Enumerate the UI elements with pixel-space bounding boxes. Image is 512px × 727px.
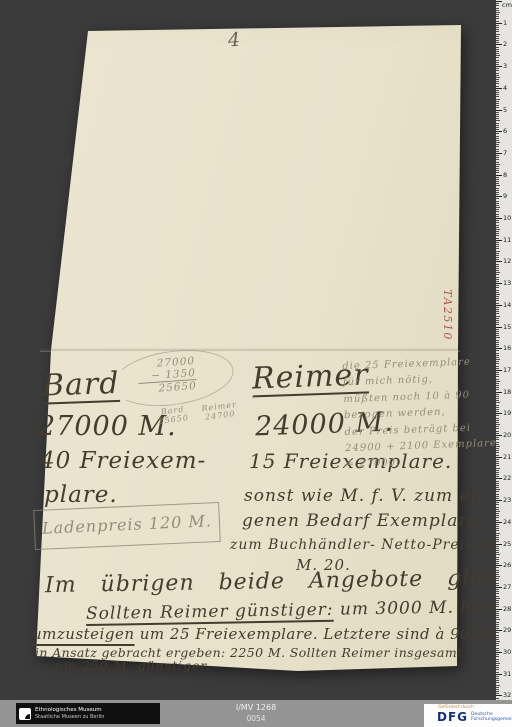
ruler-tick [496,557,499,558]
ruler-tick [496,485,499,486]
ruler-tick [496,428,499,429]
ruler-tick [496,133,499,134]
ruler-tick [496,645,499,646]
ruler-number: 25 [503,540,511,548]
ruler-tick [496,62,499,63]
ruler-tick [496,550,499,551]
handwriting-paragraph-line3: umzusteigen um 25 Freiexemplare. Letzter… [32,626,497,643]
ruler-number: 1 [503,19,507,27]
ruler-tick [496,379,499,380]
ruler-tick [496,615,499,616]
ruler-number: 11 [503,236,511,244]
ruler-tick [496,229,500,230]
ruler-tick [496,363,499,364]
ruler-tick [496,127,499,128]
ruler-tick [496,346,499,347]
ruler-number: 6 [503,127,507,135]
ruler-tick [496,242,499,243]
ruler-tick [496,394,499,395]
ruler-tick [496,238,499,239]
ruler-number: 13 [503,279,511,287]
ruler-tick [496,446,500,447]
ruler-tick [496,465,499,466]
ruler-tick [496,431,499,432]
ruler-tick [496,398,499,399]
ruler-tick [496,650,499,651]
ruler-tick [496,192,499,193]
ruler-tick [496,674,502,675]
ruler-tick [496,641,500,642]
ruler-tick [496,322,499,323]
ruler-tick [496,296,499,297]
ruler-tick [496,183,499,184]
ruler-tick [496,389,499,390]
ruler-tick [496,53,499,54]
ruler-tick [496,567,499,568]
ruler-tick [496,44,502,45]
ruler-tick [496,303,499,304]
ruler-tick [496,353,499,354]
ruler-tick [496,235,499,236]
ruler-tick [496,357,499,358]
ruler-tick [496,552,499,553]
ruler-tick [496,578,499,579]
ruler-tick [496,693,499,694]
ruler-tick [496,207,500,208]
ruler-tick [496,669,499,670]
ruler-tick [496,502,499,503]
ruler-tick [496,179,499,180]
ruler-tick [496,442,499,443]
ruler-tick [496,5,499,6]
ruler-tick [496,88,502,89]
ruler-tick [496,138,499,139]
ruler-tick [496,654,499,655]
ruler-tick [496,274,499,275]
ruler-tick [496,420,499,421]
ruler-tick [496,309,499,310]
handwriting-col1-line4: plare. [44,483,118,508]
ruler-number: 7 [503,149,507,157]
ruler-tick [496,307,499,308]
ruler-tick [496,385,499,386]
ruler-number: 12 [503,257,511,265]
ruler-tick [496,509,499,510]
ruler-tick [496,580,499,581]
ruler-tick [496,472,499,473]
ruler-tick [496,522,502,523]
ruler-tick [496,101,499,102]
ruler-tick [496,140,499,141]
ruler-tick [496,86,499,87]
ruler-tick [496,496,499,497]
ruler-tick [496,129,499,130]
ruler-tick [496,283,502,284]
ruler-tick [496,292,499,293]
ruler-tick [496,533,500,534]
ruler-tick [496,216,499,217]
ruler-tick [496,266,499,267]
ruler-tick [496,103,499,104]
ruler-tick [496,8,499,9]
ruler-tick [496,116,499,117]
ruler-tick [496,335,499,336]
ruler-tick [496,574,499,575]
ruler-tick [496,546,499,547]
ruler-tick [496,468,500,469]
ruler-tick [496,372,499,373]
ruler-tick [496,576,500,577]
ruler-tick [496,606,499,607]
ruler-tick [496,544,502,545]
ruler-tick [496,470,499,471]
ruler-tick [496,196,502,197]
ruler-tick [496,64,499,65]
ruler-tick [496,530,499,531]
ruler-tick [496,340,499,341]
ruler-tick [496,77,500,78]
handwriting-paragraph-line5: um 250 M. günstiger. [55,659,211,673]
ruler-number: 18 [503,388,511,396]
ruler-number: 32 [503,691,511,699]
ruler-tick [496,383,499,384]
ruler-tick [496,131,502,132]
ruler-tick [496,409,499,410]
ruler-tick [496,593,499,594]
ruler-tick [496,630,502,631]
ruler-tick [496,554,500,555]
dfg-name-line2: Forschungsgemeinschaft [471,717,512,722]
ruler-tick [496,424,500,425]
ruler-tick [496,146,499,147]
ruler-tick [496,613,499,614]
ruler-tick [496,659,499,660]
ruler-tick [496,166,499,167]
ruler-number: 22 [503,474,511,482]
ruler-tick [496,29,499,30]
ruler-tick [496,572,499,573]
ruler-number: 30 [503,648,511,656]
ruler-tick [496,68,499,69]
ruler-tick [496,455,499,456]
ruler-tick [496,437,499,438]
ruler-tick [496,685,500,686]
ruler-tick [496,415,499,416]
ruler-tick [496,31,499,32]
ruler-tick [496,270,499,271]
handwriting-col1-amount: 27000 M. [38,412,177,442]
ruler-tick [496,344,499,345]
ruler-tick [496,635,499,636]
ruler-tick [496,12,500,13]
ruler-tick [496,366,499,367]
ruler-tick [496,539,499,540]
ruler-tick [496,400,499,401]
ruler-tick [496,459,499,460]
handwriting-col2-line4: sonst wie M. f. V. zum ei- [244,487,484,506]
ruler-number: 27 [503,583,511,591]
ruler-tick [496,444,499,445]
ruler-tick [496,342,499,343]
ruler-tick [496,463,499,464]
ruler-number: 14 [503,301,511,309]
ruler-tick [496,498,499,499]
ruler-tick [496,18,499,19]
ruler-number: 20 [503,431,511,439]
ruler-tick [496,387,499,388]
ruler-tick [496,49,499,50]
ruler-tick [496,370,502,371]
ruler-tick [496,474,499,475]
ruler-tick [496,435,502,436]
ruler-tick [496,55,500,56]
ruler-tick [496,604,499,605]
ruler-tick [496,602,499,603]
ruler-tick [496,324,499,325]
ruler-tick [496,268,499,269]
document-scan-viewer: 4 Bard 27000 M. 40 Freiexem- plare. Reim… [0,0,512,727]
ruler-tick [496,376,499,377]
pencil-price-text: Ladenpreis 120 M. [34,503,219,547]
ruler-tick [496,27,499,28]
ruler-tick [496,162,499,163]
ruler-tick [496,279,499,280]
ruler-tick [496,598,500,599]
ruler-number: 15 [503,323,511,331]
ruler-tick [496,643,499,644]
ruler-tick [496,57,499,58]
handwriting-col2-line6: zum Buchhändler- Netto-Preis zu [230,538,497,553]
ruler-tick [496,698,499,699]
ruler-tick [496,559,499,560]
ruler-tick [496,311,499,312]
ruler-tick [496,517,499,518]
ruler-tick [496,257,499,258]
ruler-tick [496,500,502,501]
ruler-tick [496,248,499,249]
handwriting-rest: um 3000 M. herunter- [333,596,512,620]
pencil-calculation: 27000 − 1350 25650 [137,355,197,396]
ruler-tick [496,136,499,137]
ruler-tick [496,348,502,349]
ruler-tick [496,99,500,100]
ruler-tick [496,537,499,538]
ruler-tick [496,628,499,629]
ruler-tick [496,624,499,625]
ruler-tick [496,617,499,618]
ruler-tick [496,450,499,451]
ruler-tick [496,120,500,121]
ruler-tick [496,259,499,260]
ruler-tick [496,114,499,115]
ruler-tick [496,524,499,525]
ruler-tick [496,359,500,360]
ruler-tick [496,619,500,620]
ruler-tick [496,227,499,228]
ruler-tick [496,144,499,145]
handwriting-rest: um 25 Freiexemplare. Letztere sind à 90 … [135,625,497,643]
ruler-tick [496,51,499,52]
ruler-tick [496,513,499,514]
ruler-tick [496,142,500,143]
dfg-abbreviation: DFG [437,710,468,724]
ruler-tick [496,79,499,80]
ruler-tick [496,583,499,584]
ruler-tick [496,526,499,527]
ruler-number: 16 [503,344,511,352]
ruler-tick [496,504,499,505]
ruler-tick [496,667,499,668]
ruler-number: 17 [503,366,511,374]
ruler-tick [496,3,499,4]
ruler-tick [496,34,500,35]
ruler-number: 24 [503,518,511,526]
ruler-tick [496,548,499,549]
ruler-tick [496,329,499,330]
ruler-tick [496,591,499,592]
ruler-tick [496,281,499,282]
ruler-tick [496,494,499,495]
ruler-tick [496,695,502,696]
ruler-tick [496,596,499,597]
ruler-tick [496,422,499,423]
ruler-tick [496,433,499,434]
ruler-tick [496,23,502,24]
ruler-tick [496,361,499,362]
ruler-tick [496,687,499,688]
ruler-tick [496,261,502,262]
ruler-tick [496,300,499,301]
ruler-tick [496,333,499,334]
ruler-tick [496,318,499,319]
ruler-tick [496,368,499,369]
ruler-number: 4 [503,84,507,92]
ruler-tick [496,92,499,93]
ruler-tick [496,589,499,590]
ruler-tick [496,225,499,226]
ruler-tick [496,81,499,82]
ruler-tick [496,107,499,108]
ruler-tick [496,42,499,43]
handwriting-underlined: umzusteigen [32,625,135,643]
ruler-tick [496,10,499,11]
ruler-tick [496,678,499,679]
ruler-tick [496,476,499,477]
ruler-tick [496,272,500,273]
ruler-number: 28 [503,605,511,613]
ruler-tick [496,331,499,332]
paper-edge-notch [66,156,73,164]
ruler-tick [496,528,499,529]
ruler-tick [496,294,500,295]
ruler-tick [496,157,499,158]
ruler-tick [496,190,499,191]
ruler-tick [496,75,499,76]
ruler-tick [496,381,500,382]
dfg-logo: Gefördert durch DFG Deutsche Forschungsg… [424,704,512,727]
ruler-number: 21 [503,453,511,461]
ruler-tick [496,600,499,601]
ruler-tick [496,661,499,662]
ruler-tick [496,277,499,278]
ruler-tick [496,21,499,22]
ruler-tick [496,632,499,633]
ruler-tick [496,411,499,412]
ruler-tick [496,541,499,542]
ruler-tick [496,298,499,299]
ruler-tick [496,14,499,15]
ruler-tick [496,47,499,48]
ruler-tick [496,123,499,124]
ruler-tick [496,209,499,210]
ruler-tick [496,105,499,106]
handwriting-col2-line5: genen Bedarf Exemplare [242,512,479,531]
ruler-tick [496,170,499,171]
ruler-tick [496,40,499,41]
ruler-tick [496,233,499,234]
ruler-tick [496,691,499,692]
ruler-tick [496,151,499,152]
ruler-tick [496,112,499,113]
ruler-tick [496,205,499,206]
ruler: 1234567891011121314151617181920212223242… [496,0,512,704]
ruler-tick [496,38,499,39]
ruler-tick [496,172,499,173]
ruler-tick [496,253,499,254]
ruler-tick [496,426,499,427]
ruler-number: 26 [503,561,511,569]
ruler-tick [496,374,499,375]
ruler-number: 2 [503,40,507,48]
ruler-tick [496,413,502,414]
ruler-tick [496,457,502,458]
ruler-tick [496,264,499,265]
dfg-full-name: Deutsche Forschungsgemeinschaft [471,712,512,723]
ruler-tick [496,676,499,677]
ruler-tick [496,483,499,484]
ruler-tick [496,175,502,176]
ruler-tick [496,587,502,588]
ruler-tick [496,66,502,67]
red-inventory-mark: TA2510 [441,285,453,345]
ruler-tick [496,565,502,566]
ruler-tick [496,515,499,516]
ruler-tick [496,452,499,453]
ruler-tick [496,392,502,393]
ruler-tick [496,198,499,199]
ruler-tick [496,164,500,165]
ruler-tick [496,626,499,627]
ruler-tick [496,639,499,640]
ruler-tick [496,153,502,154]
ruler-tick [496,511,500,512]
ruler-number: 10 [503,214,511,222]
ruler-tick [496,402,500,403]
ruler-number: 9 [503,192,507,200]
ruler-tick [496,177,499,178]
ruler-tick [496,90,499,91]
ruler-tick [496,220,499,221]
ruler-tick [496,155,499,156]
ruler-tick [496,83,499,84]
ruler-tick [496,320,499,321]
ruler-tick [496,231,499,232]
ruler-tick [496,461,499,462]
ruler-tick [496,439,499,440]
ruler-number: 31 [503,670,511,678]
ruler-tick [496,350,499,351]
ruler-tick [496,570,499,571]
